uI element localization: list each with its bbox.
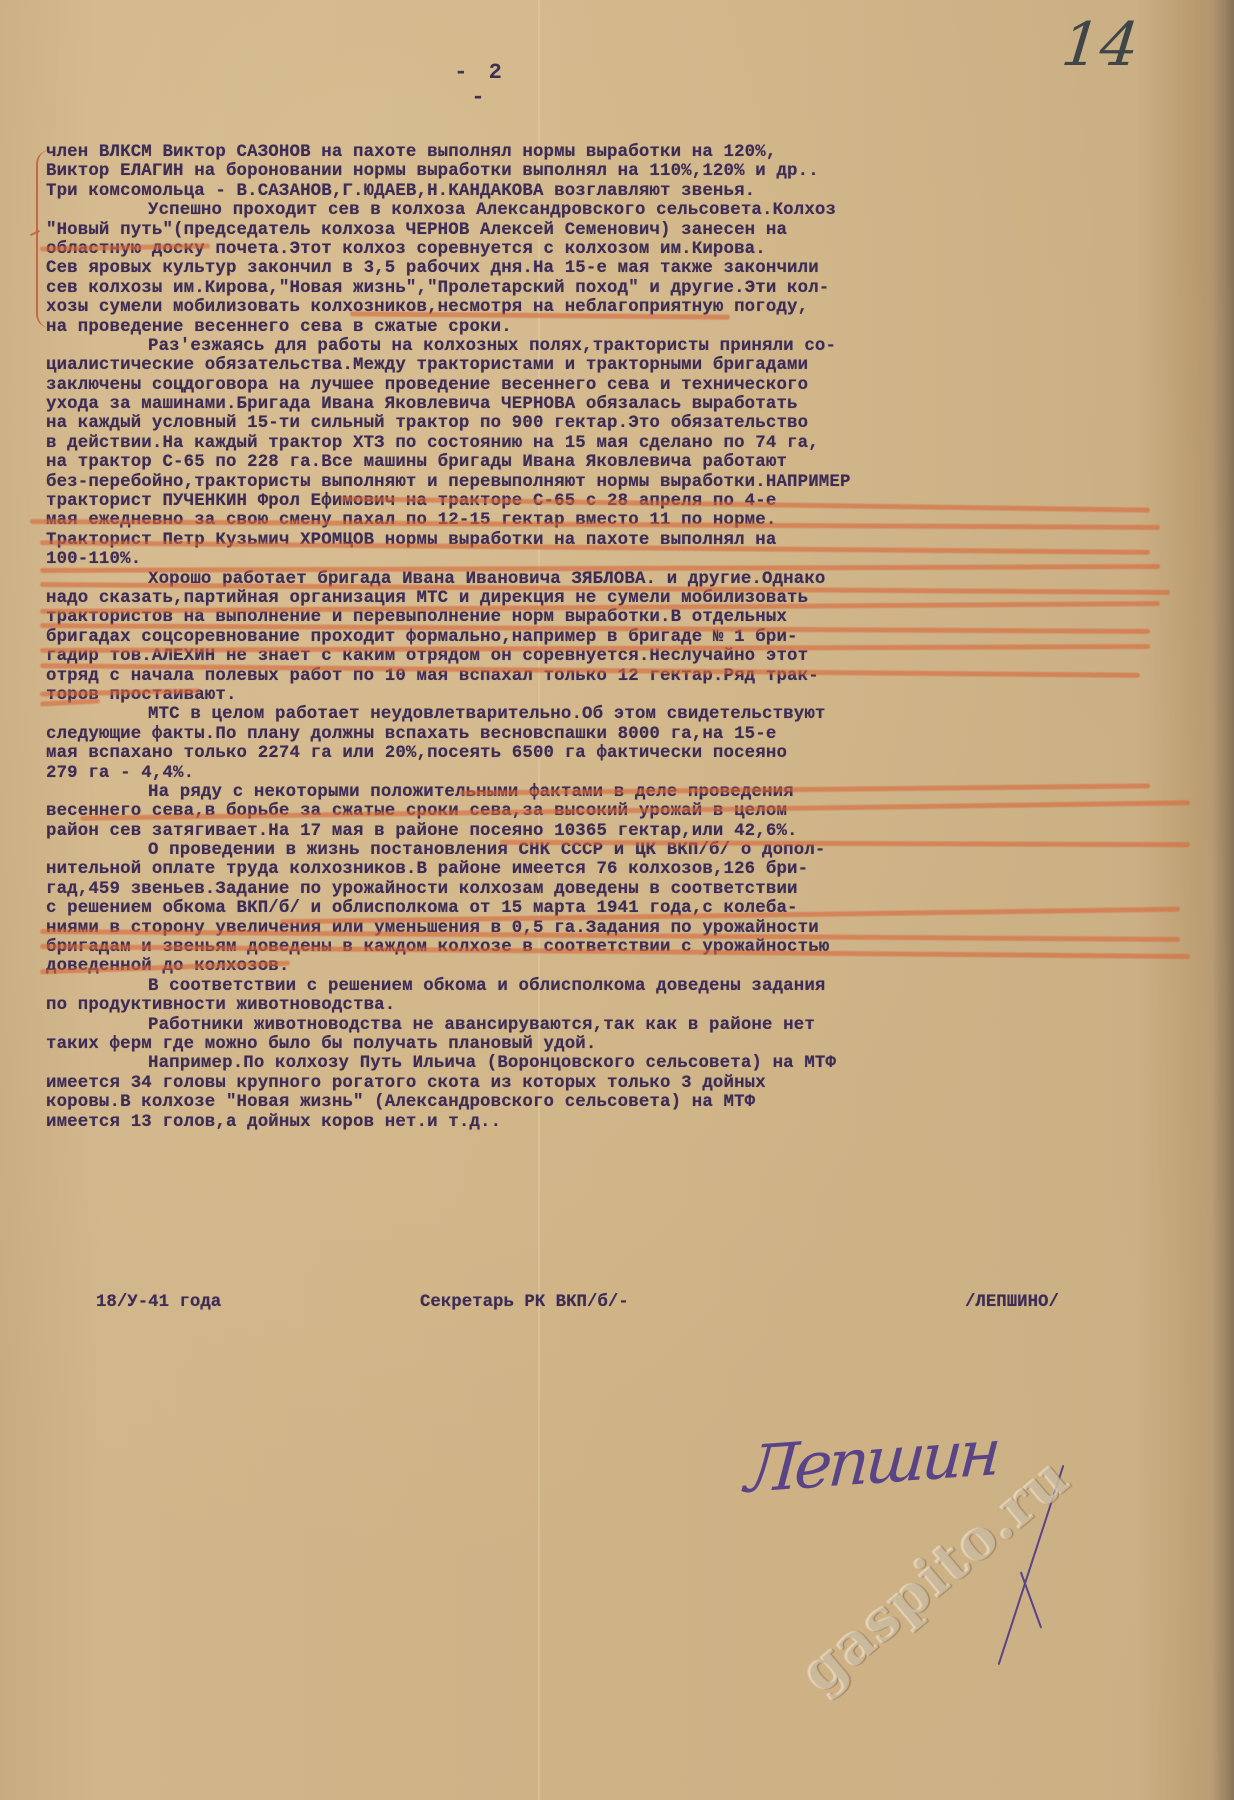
text-line: областную доску почета.Этот колхоз сорев…: [46, 240, 1226, 259]
text-line: циалистические обязательства.Между тракт…: [46, 356, 1226, 375]
text-line: МТС в целом работает неудовлетварительно…: [46, 705, 1226, 724]
text-line: таких ферм где можно было бы получать пл…: [46, 1035, 1226, 1054]
text-line: заключены соцдоговора на лучшее проведен…: [46, 376, 1226, 395]
text-line: на трактор С-65 по 228 га.Все машины бри…: [46, 453, 1226, 472]
signatory-name: /ЛЕПШИНО/: [965, 1293, 1059, 1312]
text-line: Работники животноводства не авансирувают…: [46, 1016, 1226, 1035]
text-line: сев колхозы им.Кирова,"Новая жизнь","Про…: [46, 279, 1226, 298]
text-line: нительной оплате труда колхозников.В рай…: [46, 860, 1226, 879]
text-line: гад,459 звеньев.Задание по урожайности к…: [46, 880, 1226, 899]
text-line: имеется 34 головы крупного рогатого скот…: [46, 1074, 1226, 1093]
text-line: Три комсомольца - В.САЗАНОВ,Г.ЮДАЕВ,Н.КА…: [46, 182, 1226, 201]
text-line: район сев затягивает.На 17 мая в районе …: [46, 822, 1226, 841]
text-line: 279 га - 4,4%.: [46, 764, 1226, 783]
text-line: следующие факты.По плану должны вспахать…: [46, 725, 1226, 744]
document-date: 18/У-41 года: [96, 1293, 221, 1312]
text-line: Виктор ЕЛАГИН на бороновании нормы выраб…: [46, 162, 1226, 181]
text-line: по продуктивности животноводства.: [46, 996, 1226, 1015]
text-line: коровы.В колхозе "Новая жизнь" (Александ…: [46, 1093, 1226, 1112]
text-line: торов простаивают.: [46, 686, 1226, 705]
text-line: ухода за машинами.Бригада Ивана Яковлеви…: [46, 395, 1226, 414]
archive-sheet-number: 14: [1058, 10, 1142, 80]
page-number: - 2 -: [440, 60, 520, 110]
signatory-position: Секретарь РК ВКП/б/-: [420, 1293, 629, 1312]
text-line: член ВЛКСМ Виктор САЗОНОВ на пахоте выпо…: [46, 143, 1226, 162]
text-line: без-перебойно,трактористы выполняют и пе…: [46, 473, 1226, 492]
text-line: на каждый условный 15-ти сильный трактор…: [46, 414, 1226, 433]
text-line: "Новый путь"(председатель колхоза ЧЕРНОВ…: [46, 221, 1226, 240]
document-body: член ВЛКСМ Виктор САЗОНОВ на пахоте выпо…: [46, 143, 1226, 1132]
text-line: на проведение весеннего сева в сжатые ср…: [46, 318, 1226, 337]
text-line: в действии.На каждый трактор ХТЗ по сост…: [46, 434, 1226, 453]
text-line: Например.По колхозу Путь Ильича (Воронцо…: [46, 1054, 1226, 1073]
text-line: Раз'езжаясь для работы на колхозных поля…: [46, 337, 1226, 356]
text-line: Сев яровых культур закончил в 3,5 рабочи…: [46, 259, 1226, 278]
text-line: В соответствии с решением обкома и облис…: [46, 977, 1226, 996]
text-line: Успешно проходит сев в колхоза Александр…: [46, 201, 1226, 220]
text-line: мая вспахано только 2274 га или 20%,посе…: [46, 744, 1226, 763]
text-line: имеется 13 голов,а дойных коров нет.и т.…: [46, 1113, 1226, 1132]
